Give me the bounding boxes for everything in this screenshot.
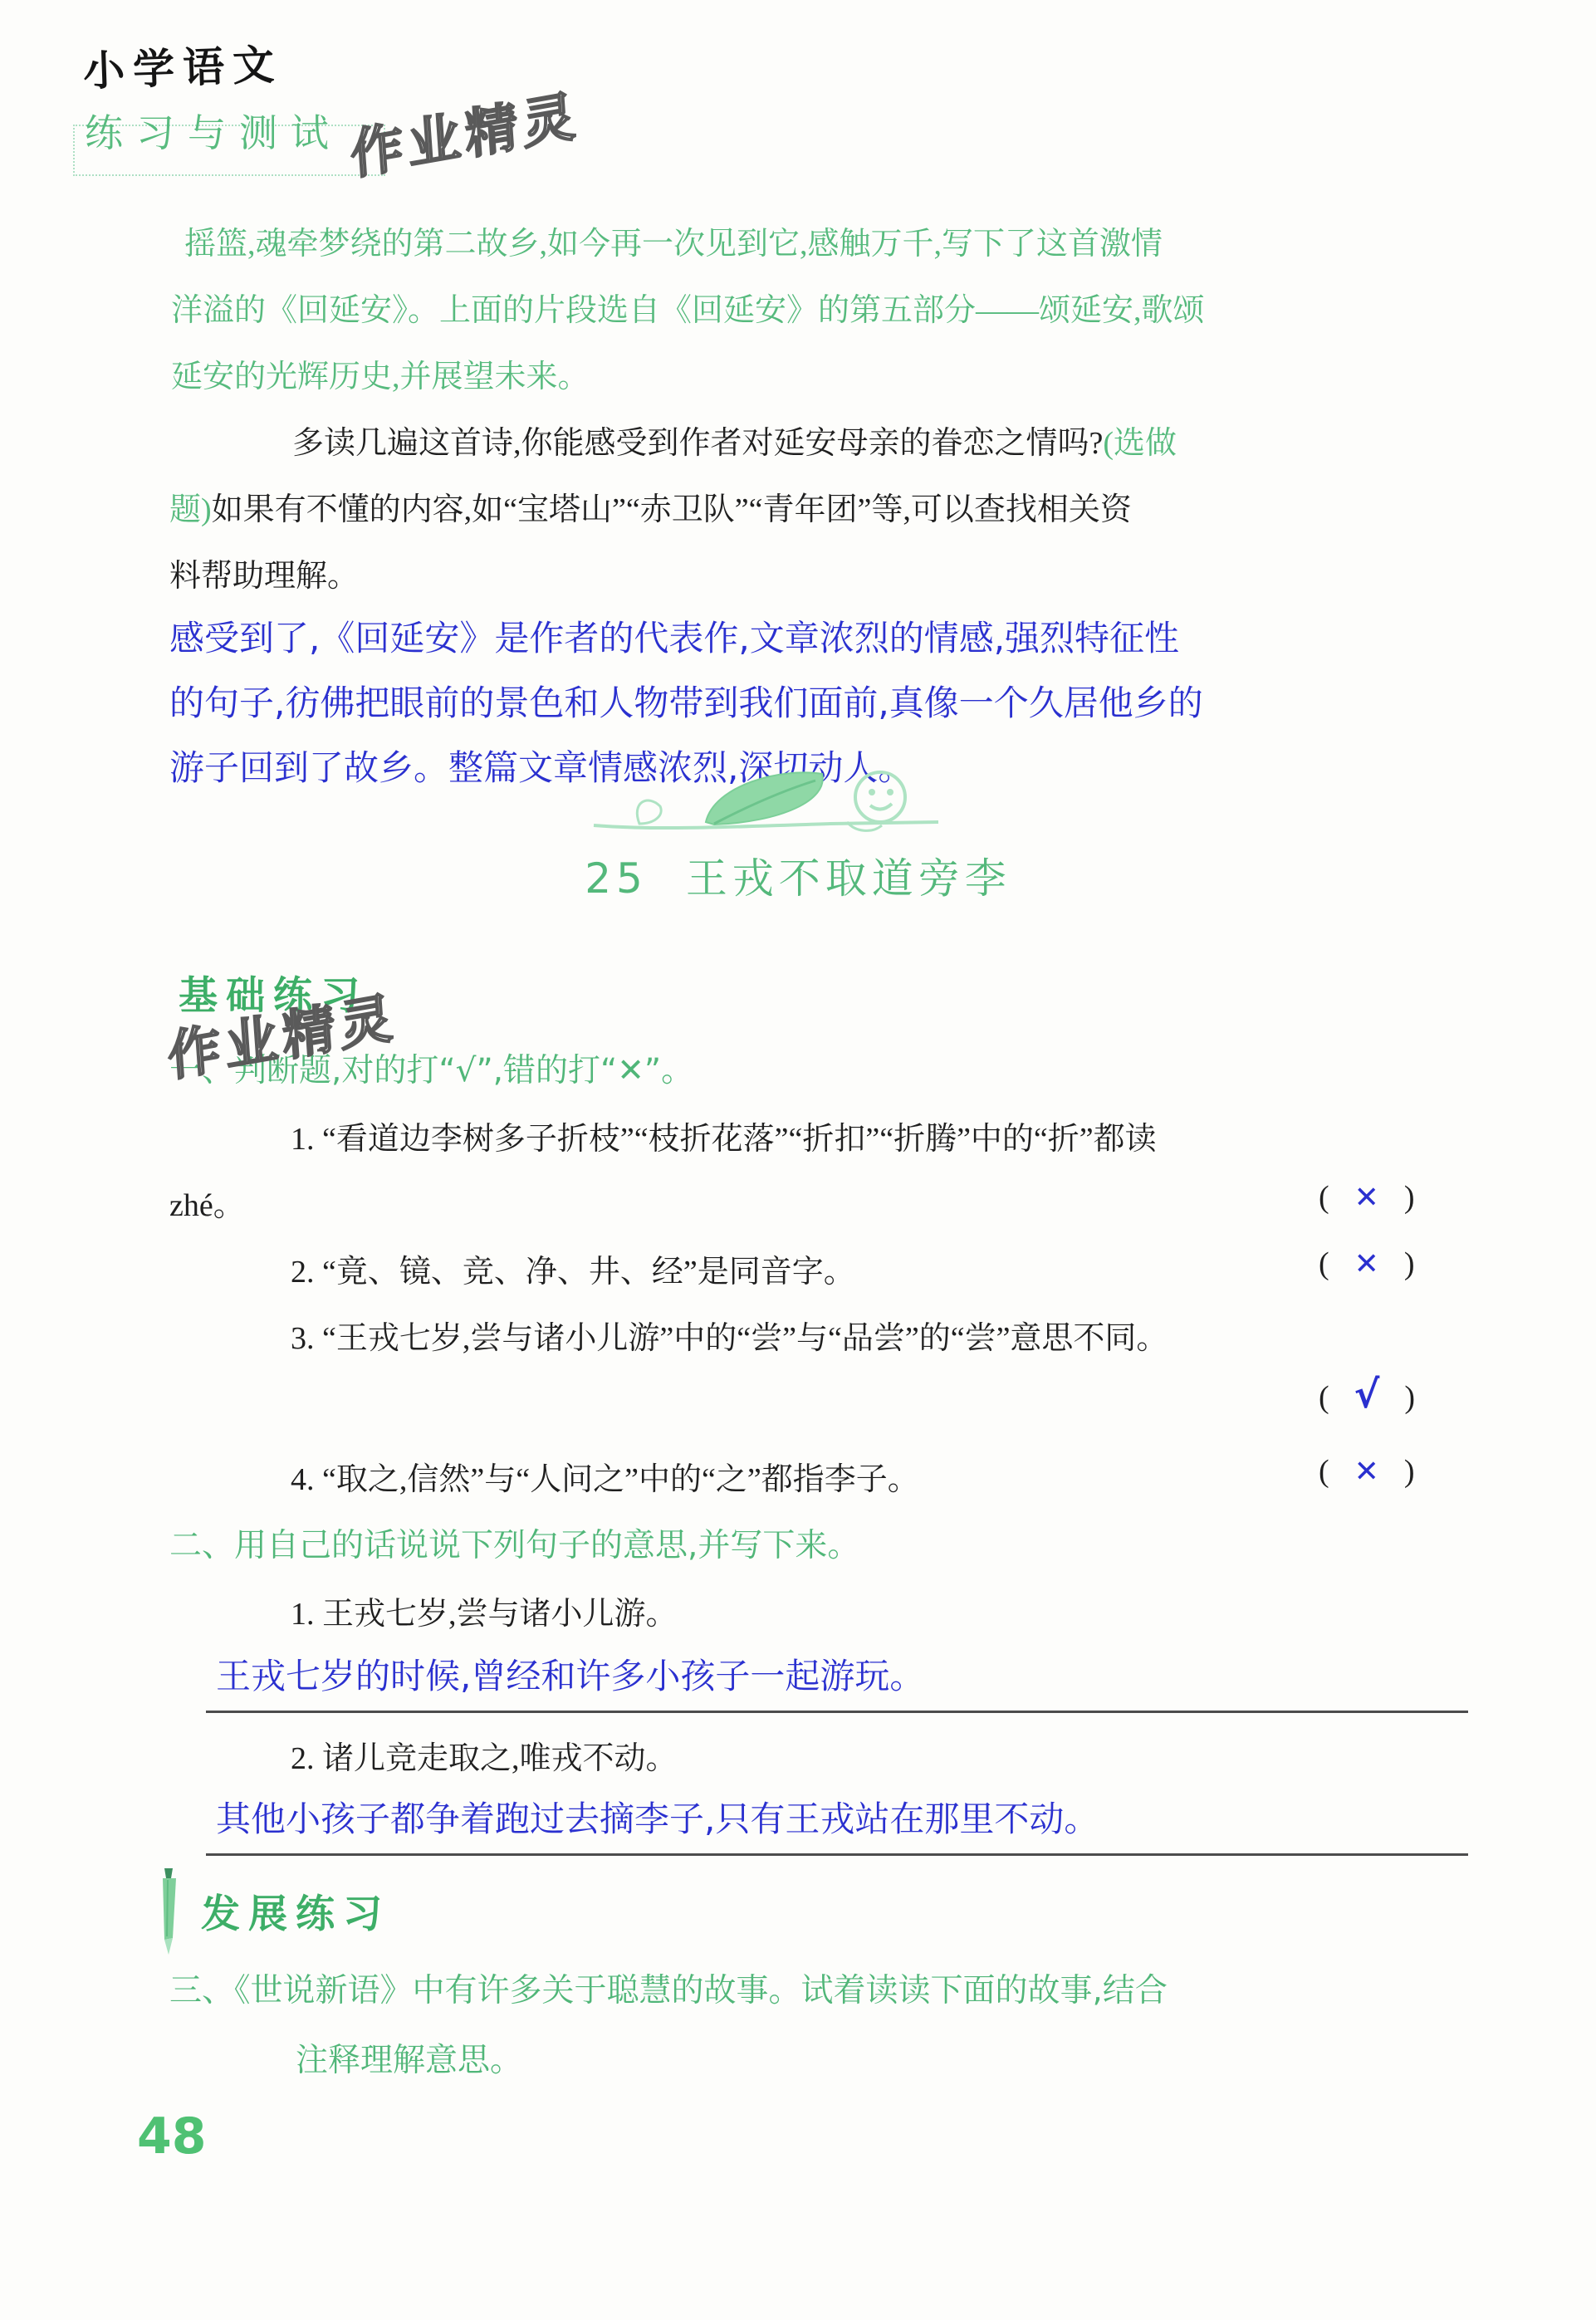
- tf-answer-3: ( √ ): [1319, 1372, 1415, 1417]
- question3-stem-line2: 注释理解意思。: [296, 2034, 522, 2081]
- paren-open: (: [1319, 1246, 1329, 1282]
- answer-underline: [206, 1711, 1468, 1713]
- leaf-doodle-icon: [581, 761, 972, 848]
- workbook-page: 小学语文 练习与测试 作业精灵 作业精灵 摇篮,魂牵梦绕的第二故乡,如今再一次见…: [0, 0, 1596, 2320]
- paren-close: ): [1404, 1246, 1415, 1282]
- student-answer-line: 的句子,彷佛把眼前的景色和人物带到我们面前,真像一个久居他乡的: [169, 676, 1203, 726]
- section-heading-basic: 基础练习: [179, 965, 368, 1021]
- intro-black-text: 如果有不懂的内容,如“宝塔山”“赤卫队”“青年团”等,可以查找相关资: [212, 492, 1132, 527]
- tf-answer-1: ( ✕ ): [1319, 1179, 1414, 1216]
- intro-black-text: 多读几遍这首诗,你能感受到作者对延安母亲的眷恋之情吗?: [292, 426, 1103, 461]
- intro-green-line: 摇篮,魂牵梦绕的第二故乡,如今再一次见到它,感触万千,写下了这首激情: [184, 218, 1163, 263]
- intro-black-line: 题)如果有不懂的内容,如“宝塔山”“赤卫队”“青年团”等,可以查找相关资: [169, 483, 1132, 529]
- tf-answer-2: ( ✕ ): [1319, 1246, 1414, 1282]
- pencil-icon: [151, 1867, 184, 1962]
- question3-stem-line1: 三、《世说新语》中有许多关于聪慧的故事。试着读读下面的故事,结合: [169, 1965, 1168, 2011]
- translate-item-2: 2. 诸儿竞走取之,唯戎不动。: [291, 1732, 678, 1778]
- tf-answer-mark: ✕: [1354, 1247, 1379, 1281]
- tf-item-3: 3. “王戎七岁,尝与诸小儿游”中的“尝”与“品尝”的“尝”意思不同。: [291, 1312, 1168, 1358]
- question2-stem: 二、用自己的话说说下列句子的意思,并写下来。: [169, 1520, 859, 1566]
- intro-black-line: 料帮助理解。: [169, 550, 359, 595]
- paren-close: ): [1404, 1179, 1415, 1216]
- intro-black-line: 多读几遍这首诗,你能感受到作者对延安母亲的眷恋之情吗?(选做: [292, 417, 1177, 463]
- page-number: 48: [137, 2107, 207, 2166]
- paren-open: (: [1319, 1379, 1329, 1416]
- tf-answer-mark: ✕: [1354, 1455, 1379, 1489]
- tf-answer-mark: ✕: [1354, 1181, 1379, 1215]
- tf-answer-4: ( ✕ ): [1319, 1453, 1414, 1490]
- paren-open: (: [1319, 1179, 1329, 1216]
- translate-answer-2: 其他小孩子都争着跑过去摘李子,只有王戎站在那里不动。: [216, 1792, 1099, 1842]
- tf-answer-mark: √: [1354, 1372, 1380, 1417]
- optional-tag-part1: (选做: [1103, 426, 1177, 461]
- intro-green-line: 延安的光辉历史,并展望未来。: [171, 350, 590, 396]
- answer-underline: [206, 1853, 1468, 1856]
- paren-open: (: [1319, 1453, 1329, 1490]
- question1-stem: 一、判断题,对的打“√”,错的打“✕”。: [169, 1045, 693, 1091]
- lesson-title: 王戎不取道旁李: [686, 845, 1011, 905]
- tf-item-1-line1: 1. “看道边李树多子折枝”“枝折花落”“折扣”“折腾”中的“折”都读: [291, 1113, 1157, 1158]
- intro-green-line: 洋溢的《回延安》。上面的片段选自《回延安》的第五部分——颂延安,歌颂: [171, 284, 1205, 330]
- lesson-number: 25: [585, 854, 648, 903]
- brand-title: 小学语文: [82, 32, 283, 98]
- tf-item-2: 2. “竟、镜、竞、净、井、经”是同音字。: [291, 1246, 855, 1291]
- tf-item-1-line2: zhé。: [169, 1179, 245, 1225]
- translate-item-1: 1. 王戎七岁,尝与诸小儿游。: [291, 1588, 678, 1633]
- paren-close: ): [1404, 1453, 1415, 1490]
- section-heading-develop: 发展练习: [201, 1883, 390, 1939]
- paren-close: ): [1404, 1379, 1415, 1416]
- student-answer-line: 感受到了,《回延安》是作者的代表作,文章浓烈的情感,强烈特征性: [169, 611, 1179, 661]
- optional-tag-part2: 题): [169, 492, 212, 527]
- brand-subtitle: 练习与测试: [85, 103, 342, 158]
- lesson-title-row: 25 王戎不取道旁李: [0, 845, 1596, 905]
- tf-item-4: 4. “取之,信然”与“人问之”中的“之”都指李子。: [291, 1453, 919, 1499]
- translate-answer-1: 王戎七岁的时候,曾经和许多小孩子一起游玩。: [216, 1649, 924, 1699]
